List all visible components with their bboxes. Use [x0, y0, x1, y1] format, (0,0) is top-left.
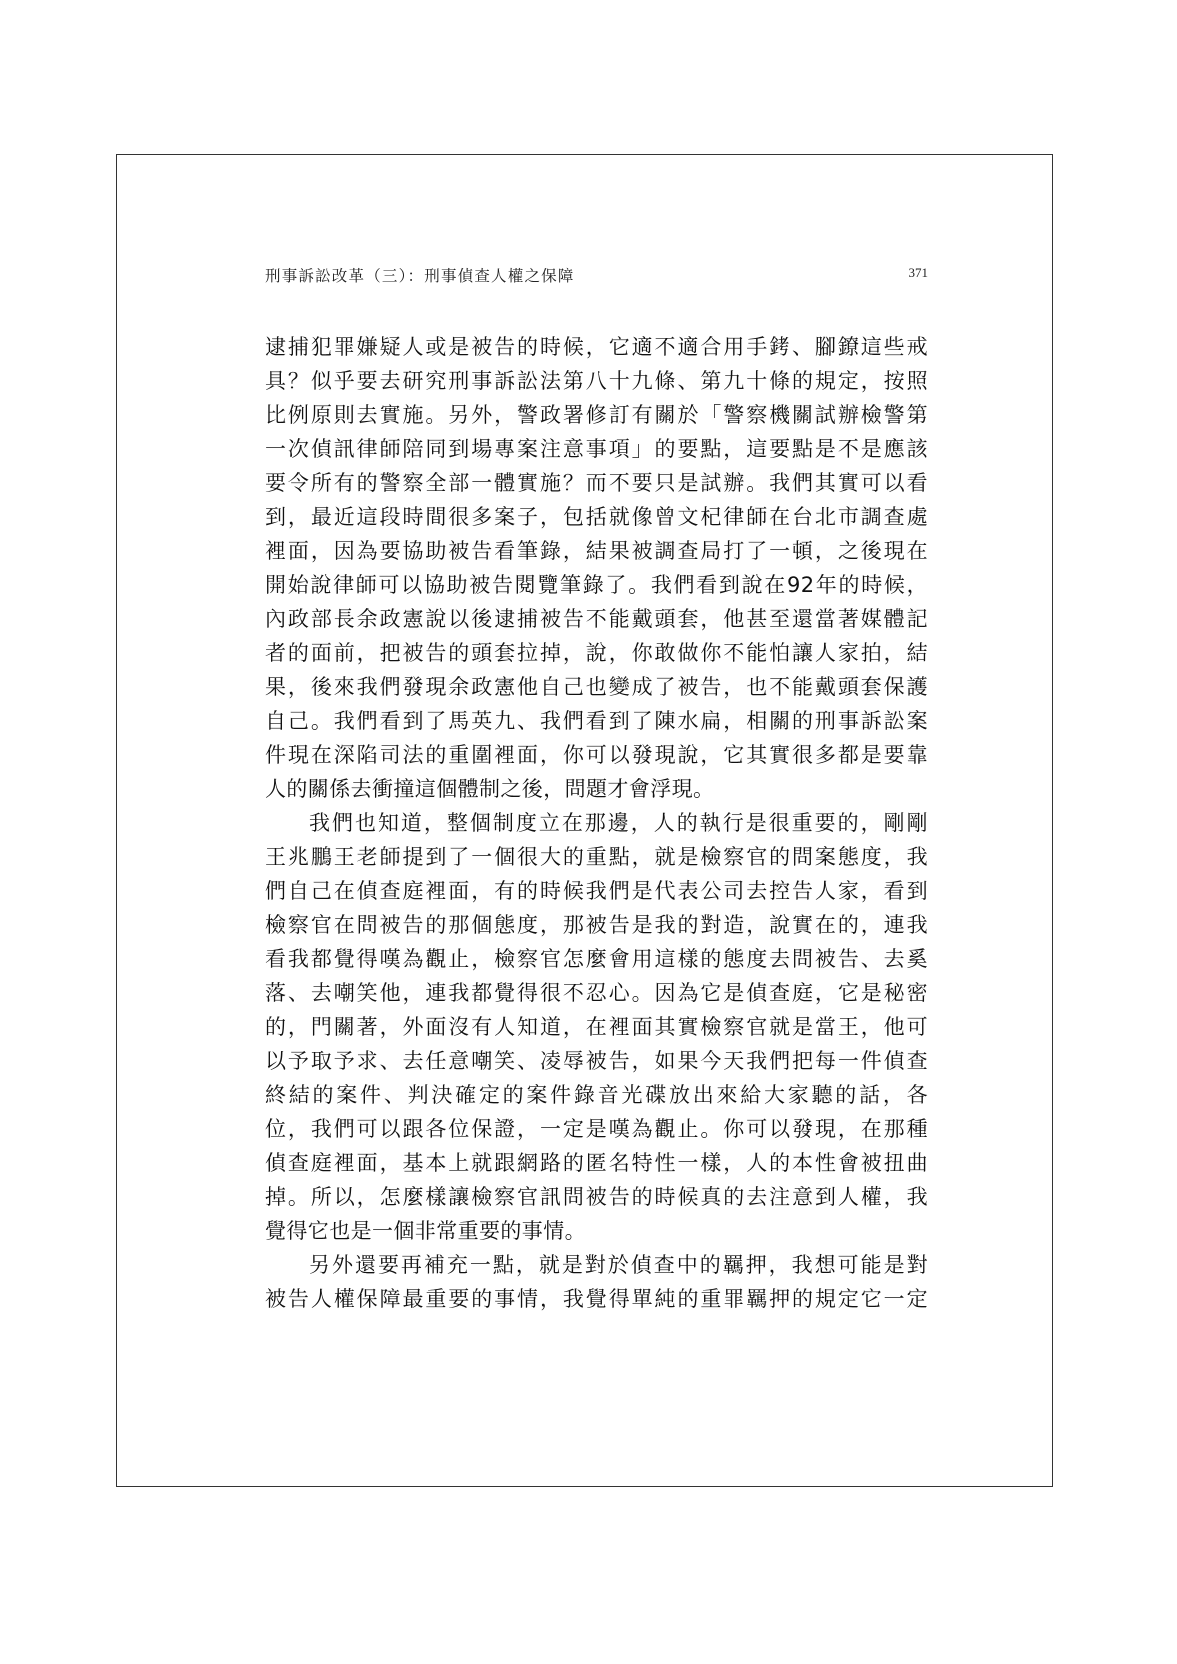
text-line: 被告人權保障最重要的事情，我覺得單純的重罪羈押的規定它一定 — [265, 1282, 928, 1316]
text-line: 落、去嘲笑他，連我都覺得很不忍心。因為它是偵查庭，它是秘密 — [265, 976, 928, 1010]
header-title: 刑事訴訟改革（三）：刑事偵查人權之保障 — [265, 264, 575, 286]
paragraph-end-line: 人的關係去衝撞這個體制之後，問題才會浮現。 — [265, 772, 928, 806]
text-line: 件現在深陷司法的重圍裡面，你可以發現說，它其實很多都是要靠 — [265, 738, 928, 772]
text-line: 逮捕犯罪嫌疑人或是被告的時候，它適不適合用手銬、腳鐐這些戒 — [265, 330, 928, 364]
text-line: 裡面，因為要協助被告看筆錄，結果被調查局打了一頓，之後現在 — [265, 534, 928, 568]
text-line: 以予取予求、去任意嘲笑、凌辱被告，如果今天我們把每一件偵查 — [265, 1044, 928, 1078]
text-line: 者的面前，把被告的頭套拉掉，說，你敢做你不能怕讓人家拍，結 — [265, 636, 928, 670]
text-line: 看我都覺得嘆為觀止，檢察官怎麼會用這樣的態度去問被告、去奚 — [265, 942, 928, 976]
paragraph-start-line: 另外還要再補充一點，就是對於偵查中的羈押，我想可能是對 — [265, 1248, 928, 1282]
text-line: 的，門關著，外面沒有人知道，在裡面其實檢察官就是當王，他可 — [265, 1010, 928, 1044]
text-line: 果，後來我們發現余政憲他自己也變成了被告，也不能戴頭套保護 — [265, 670, 928, 704]
text-line: 要令所有的警察全部一體實施？而不要只是試辦。我們其實可以看 — [265, 466, 928, 500]
paragraph-end-line: 覺得它也是一個非常重要的事情。 — [265, 1214, 928, 1248]
text-line: 到，最近這段時間很多案子，包括就像曾文杞律師在台北市調查處 — [265, 500, 928, 534]
paragraph-start-line: 我們也知道，整個制度立在那邊，人的執行是很重要的，剛剛 — [265, 806, 928, 840]
text-line: 比例原則去實施。另外，警政署修訂有關於「警察機關試辦檢警第 — [265, 398, 928, 432]
text-line: 偵查庭裡面，基本上就跟網路的匿名特性一樣，人的本性會被扭曲 — [265, 1146, 928, 1180]
text-line: 王兆鵬王老師提到了一個很大的重點，就是檢察官的問案態度，我 — [265, 840, 928, 874]
running-header: 刑事訴訟改革（三）：刑事偵查人權之保障 371 — [265, 264, 928, 286]
text-line: 具？似乎要去研究刑事訴訟法第八十九條、第九十條的規定，按照 — [265, 364, 928, 398]
text-line: 終結的案件、判決確定的案件錄音光碟放出來給大家聽的話，各 — [265, 1078, 928, 1112]
text-line: 位，我們可以跟各位保證，一定是嘆為觀止。你可以發現，在那種 — [265, 1112, 928, 1146]
text-line: 一次偵訊律師陪同到場專案注意事項」的要點，這要點是不是應該 — [265, 432, 928, 466]
text-line: 檢察官在問被告的那個態度，那被告是我的對造，說實在的，連我 — [265, 908, 928, 942]
text-line: 自己。我們看到了馬英九、我們看到了陳水扁，相關的刑事訴訟案 — [265, 704, 928, 738]
text-line: 開始說律師可以協助被告閱覽筆錄了。我們看到說在92年的時候， — [265, 568, 928, 602]
text-line: 們自己在偵查庭裡面，有的時候我們是代表公司去控告人家，看到 — [265, 874, 928, 908]
page-number: 371 — [909, 265, 929, 281]
text-line: 掉。所以，怎麼樣讓檢察官訊問被告的時候真的去注意到人權，我 — [265, 1180, 928, 1214]
text-line: 內政部長余政憲說以後逮捕被告不能戴頭套，他甚至還當著媒體記 — [265, 602, 928, 636]
body-text: 逮捕犯罪嫌疑人或是被告的時候，它適不適合用手銬、腳鐐這些戒 具？似乎要去研究刑事… — [265, 330, 928, 1316]
